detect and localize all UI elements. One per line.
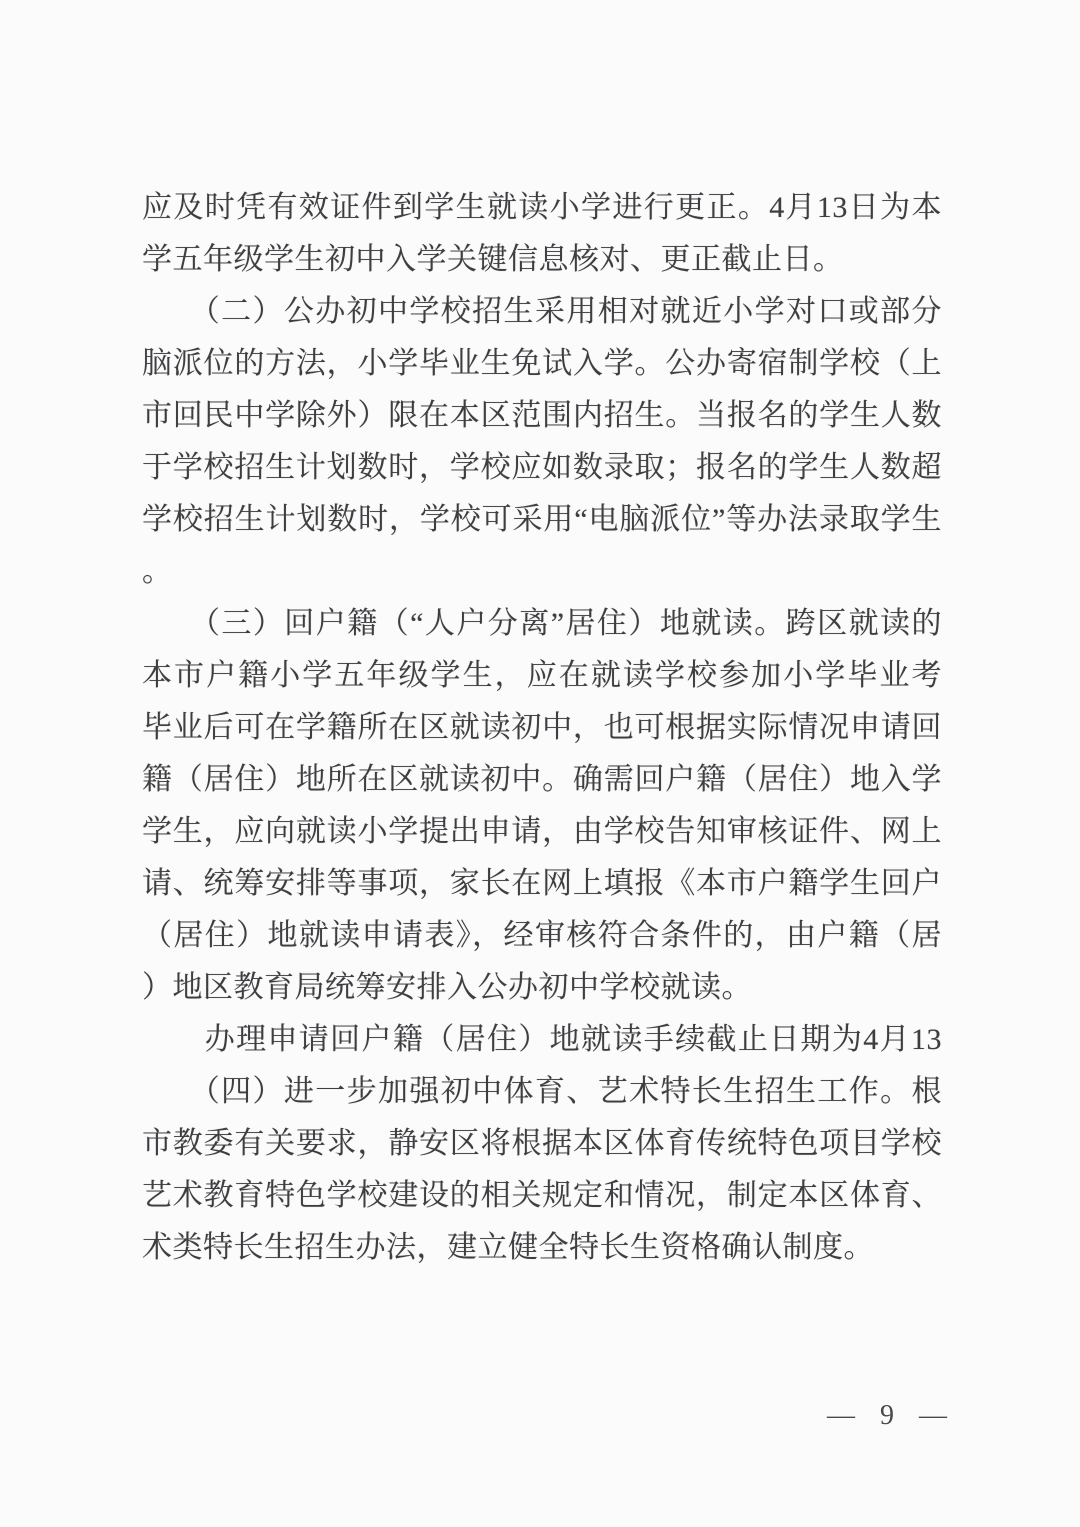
text-line: 艺术教育特色学校建设的相关规定和情况，制定本区体育、艺 <box>142 1170 942 1222</box>
text-line: 于学校招生计划数时，学校应如数录取；报名的学生人数超过 <box>142 442 942 494</box>
document-body: 应及时凭有效证件到学生就读小学进行更正。4月13日为本市小 学五年级学生初中入学… <box>142 182 942 1274</box>
text-line: 本市户籍小学五年级学生，应在就读学校参加小学毕业考试， <box>142 650 942 702</box>
text-line: 学校招生计划数时，学校可采用“电脑派位”等办法录取学生 <box>142 494 942 546</box>
text-line: （四）进一步加强初中体育、艺术特长生招生工作。根据 <box>142 1066 942 1118</box>
text-line: （二）公办初中学校招生采用相对就近小学对口或部分电 <box>142 286 942 338</box>
text-line: 市回民中学除外）限在本区范围内招生。当报名的学生人数少 <box>142 390 942 442</box>
document-page: 应及时凭有效证件到学生就读小学进行更正。4月13日为本市小 学五年级学生初中入学… <box>0 0 1080 1527</box>
text-line: 学生，应向就读小学提出申请，由学校告知审核证件、网上申 <box>142 806 942 858</box>
text-line: 请、统筹安排等事项，家长在网上填报《本市户籍学生回户籍 <box>142 858 942 910</box>
text-line: ）地区教育局统筹安排入公办初中学校就读。 <box>142 962 942 1014</box>
text-line: 脑派位的方法，小学毕业生免试入学。公办寄宿制学校（上海 <box>142 338 942 390</box>
text-line: 术类特长生招生办法，建立健全特长生资格确认制度。 <box>142 1222 942 1274</box>
text-line: （居住）地就读申请表》，经审核符合条件的，由户籍（居住 <box>142 910 942 962</box>
text-line: 市教委有关要求，静安区将根据本区体育传统特色项目学校和 <box>142 1118 942 1170</box>
page-number: — 9 — <box>812 1398 962 1434</box>
text-line: 学五年级学生初中入学关键信息核对、更正截止日。 <box>142 234 942 286</box>
text-line: 毕业后可在学籍所在区就读初中，也可根据实际情况申请回户 <box>142 702 942 754</box>
text-line: 办理申请回户籍（居住）地就读手续截止日期为4月13日。 <box>142 1014 942 1066</box>
text-line: 应及时凭有效证件到学生就读小学进行更正。4月13日为本市小 <box>142 182 942 234</box>
text-line: 籍（居住）地所在区就读初中。确需回户籍（居住）地入学的 <box>142 754 942 806</box>
text-line: 。 <box>142 546 942 598</box>
text-line: （三）回户籍（“人户分离”居住）地就读。跨区就读的 <box>142 598 942 650</box>
